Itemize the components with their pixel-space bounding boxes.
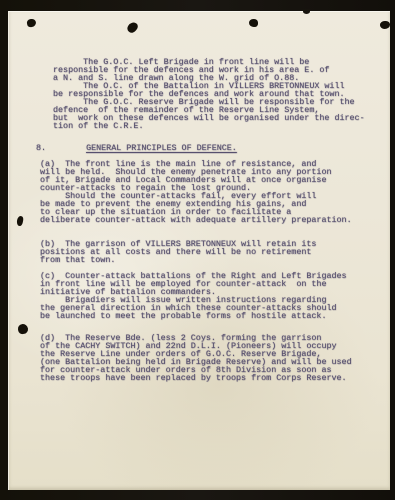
paragraph-a: (a) The front line is the main line of r… (40, 160, 390, 224)
document-photo: The G.O.C. Left Brigade in front line wi… (0, 0, 395, 500)
section-number: 8. (36, 143, 46, 153)
section-heading: GENERAL PRINCIPLES OF DEFENCE. (86, 143, 237, 153)
paragraph-b: (b) The garrison of VILLERS BRETONNEUX w… (40, 240, 390, 264)
intro-paragraph: The G.O.C. Left Brigade in front line wi… (53, 58, 390, 130)
text-line: be launched to meet the probable forms o… (40, 312, 390, 320)
text-line: from that town. (40, 256, 390, 264)
paragraph-c: (c) Counter-attack battalions of the Rig… (40, 272, 390, 320)
section-heading-row: 8.GENERAL PRINCIPLES OF DEFENCE. (36, 144, 390, 152)
typewritten-text: The G.O.C. Left Brigade in front line wi… (9, 12, 390, 382)
punch-hole-top-3 (249, 19, 258, 27)
document-page: The G.O.C. Left Brigade in front line wi… (8, 11, 390, 490)
text-line: these troops have been replaced by troop… (40, 374, 390, 382)
text-line: deliberate counter-attack with adequate … (40, 216, 390, 224)
paragraph-d: (d) The Reserve Bde. (less 2 Coys. formi… (40, 334, 390, 382)
paper-edge-notch (303, 9, 310, 14)
text-line: tion of the C.R.E. (53, 122, 390, 130)
